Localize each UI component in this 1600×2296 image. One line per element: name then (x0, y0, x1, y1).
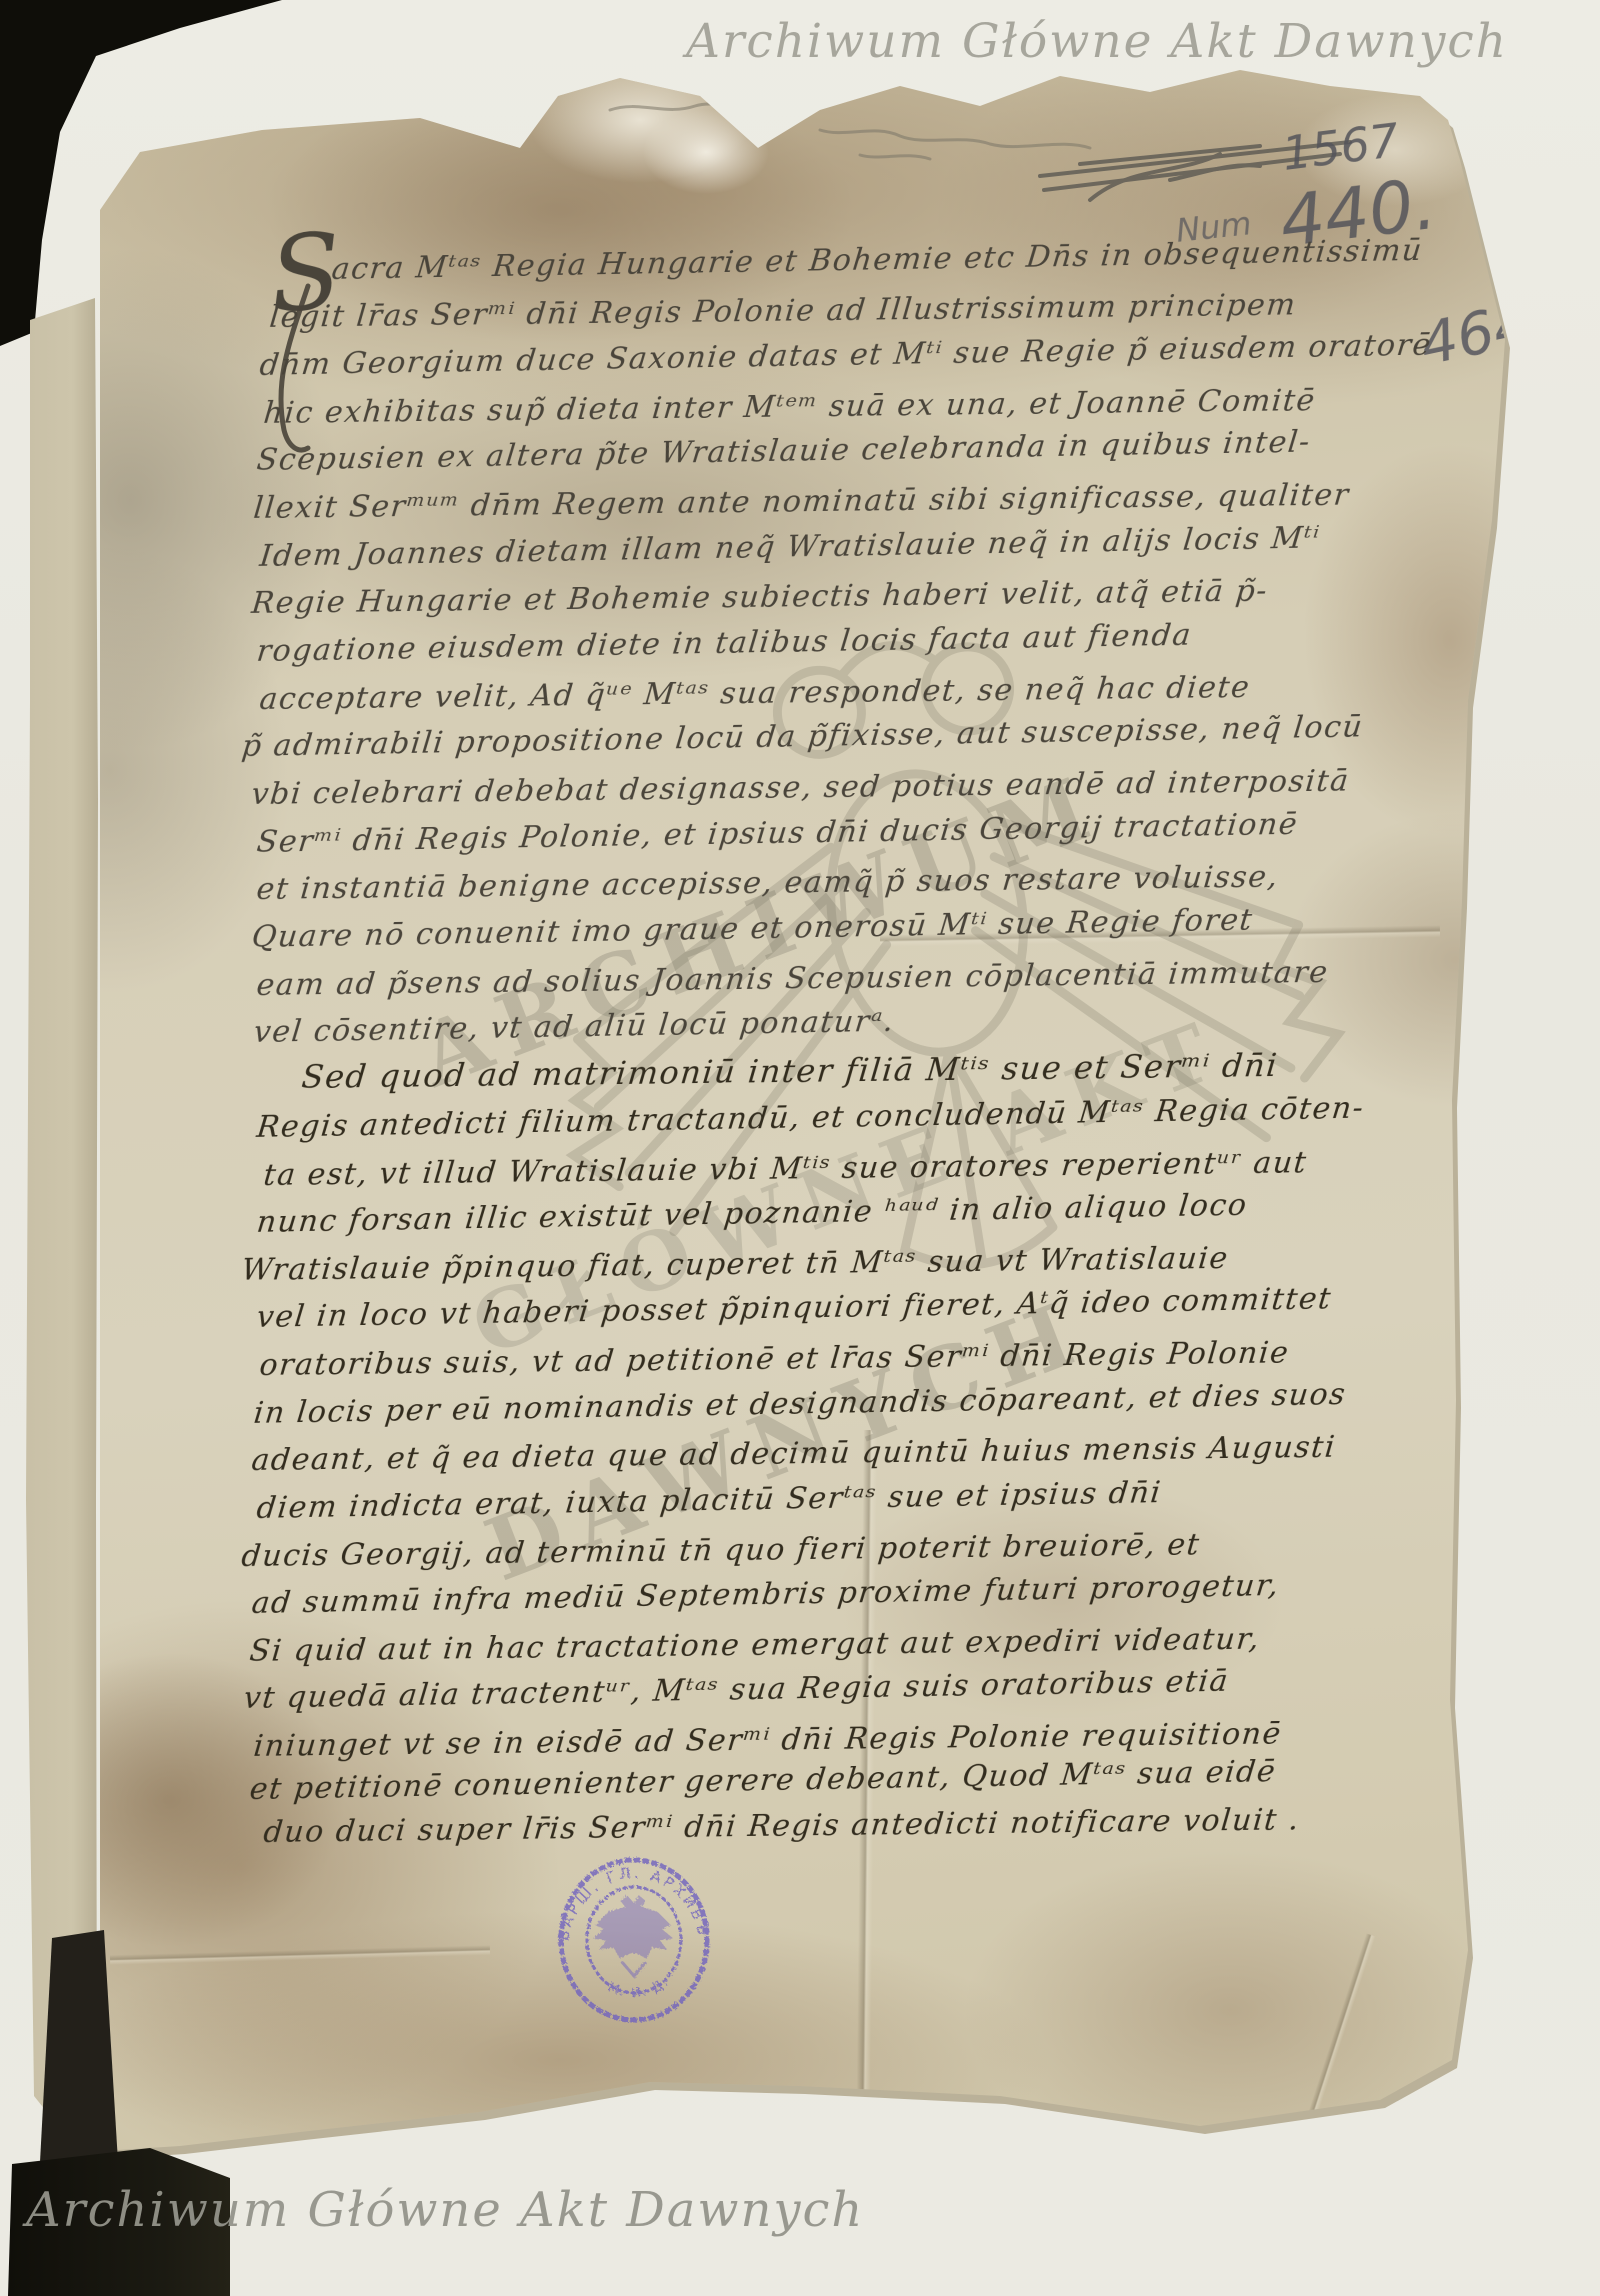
manuscript-line: adeant, et q̃ ea dieta que ad decimū qui… (250, 1430, 1337, 1478)
manuscript-line: llexit Serᵐᵘᵐ dn̄m Regem ante nominatū s… (252, 478, 1351, 526)
manuscript-line: ad summū infra mediū Septembris proxime … (250, 1568, 1281, 1621)
manuscript-line: vt quedā alia tractentᵘʳ, Mᵗᵃˢ sua Regia… (242, 1664, 1231, 1716)
manuscript-line: Scepusien ex altera p̃te Wratislauie cel… (255, 425, 1313, 478)
svg-text:М. И. Д.: М. И. Д. (605, 1974, 673, 2001)
vertical-crease (857, 1430, 878, 2090)
archive-stamp: ВАРШ. ГЛ. АРХИВЪ М. И. Д. (552, 1852, 716, 2028)
watermark-bottom: Archiwum Główne Akt Dawnych (26, 2182, 864, 2238)
stamp-eagle-icon (594, 1896, 672, 1976)
manuscript-line: hic exhibitas sup̃ dieta inter Mᵗᵉᵐ suā … (262, 383, 1317, 431)
horizontal-crease-bottom (110, 1945, 490, 1965)
manuscript-line: acra Mᵗᵃˢ Regia Hungarie et Bohemie etc … (330, 233, 1425, 287)
manuscript-line: legit lr̄as Serᵐⁱ dn̄i Regis Polonie ad … (268, 287, 1298, 335)
manuscript-page: ARCHIWUM GŁÓWNE AKT DAWNYCH 1567 Num 440… (0, 0, 1600, 2296)
diagonal-crease (1304, 1933, 1375, 2126)
manuscript-line: duo duci super lr̄is Serᵐⁱ dn̄i Regis an… (262, 1802, 1301, 1850)
manuscript-line: dn̄m Georgium duce Saxonie datas et Mᵗⁱ … (258, 328, 1434, 383)
watermark-top: Archiwum Główne Akt Dawnych (686, 14, 1508, 69)
stamp-bottom-text: М. И. Д. (605, 1974, 673, 2001)
archive-scan-stage: ARCHIWUM GŁÓWNE AKT DAWNYCH 1567 Num 440… (0, 0, 1600, 2296)
manuscript-line: ducis Georgij, ad terminū tn̄ quo fieri … (240, 1527, 1202, 1574)
manuscript-line: Si quid aut in hac tractatione emergat a… (248, 1622, 1262, 1669)
